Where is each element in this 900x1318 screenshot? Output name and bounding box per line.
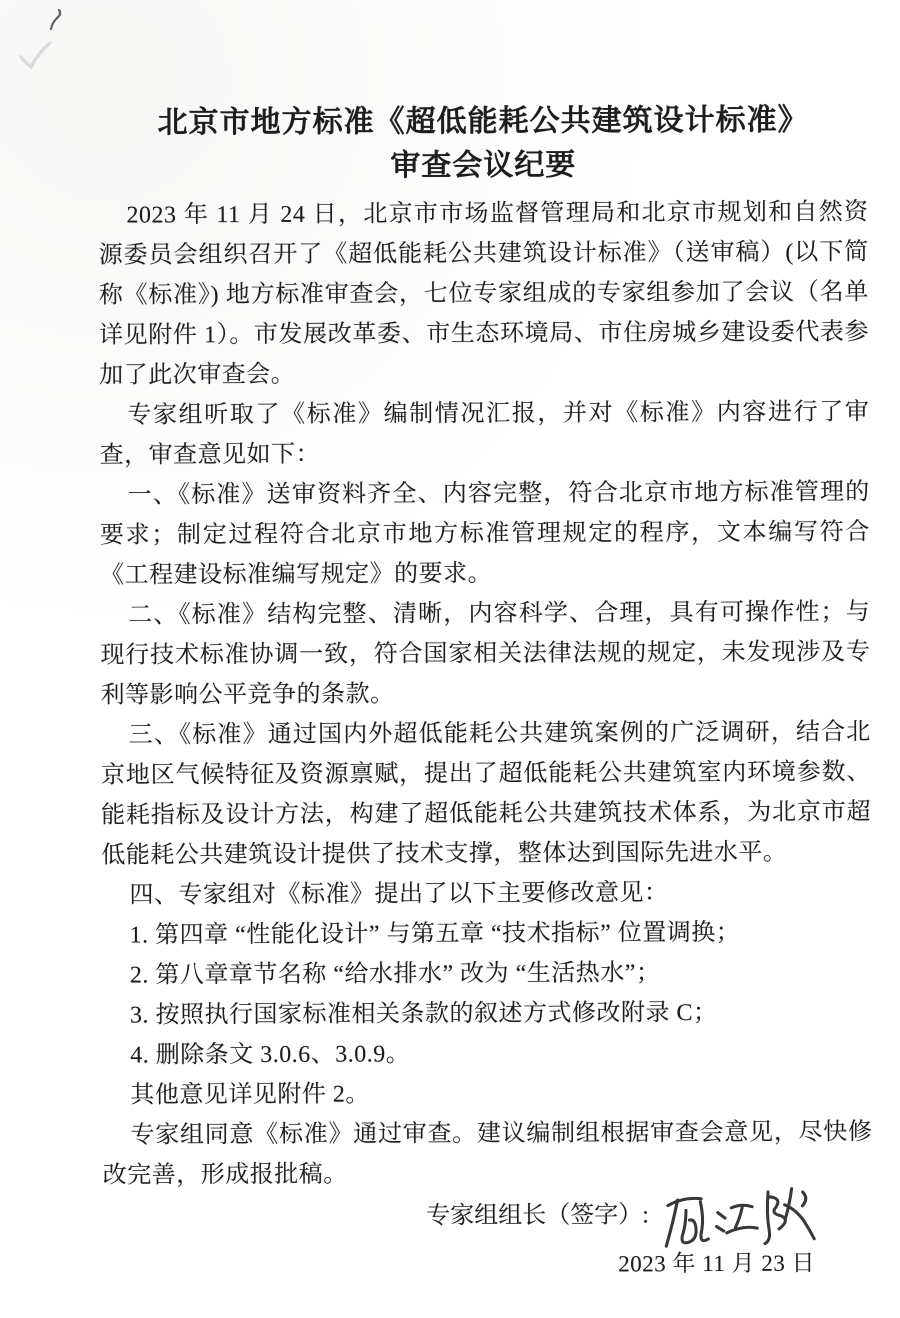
paragraph-opinion-4: 四、专家组对《标准》提出了以下主要修改意见：: [101, 872, 871, 915]
paragraph-opinion-3: 三、《标准》通过国内外超低能耗公共建筑案例的广泛调研，结合北京地区气候特征及资源…: [101, 712, 872, 875]
signature-date: 2023 年 11 月 23 日: [103, 1248, 873, 1281]
signature-label: 专家组组长（签字）:: [426, 1195, 649, 1236]
list-item-4: 4. 删除条文 3.0.6、3.0.9。: [102, 1032, 872, 1075]
scan-smudge-curl: [48, 8, 64, 32]
signature-handwriting: [659, 1179, 817, 1258]
document-title-line1: 北京市地方标准《超低能耗公共建筑设计标准》: [98, 98, 868, 145]
paragraph-intro: 2023 年 11 月 24 日，北京市市场监督管理局和北京市规划和自然资源委员…: [98, 192, 869, 395]
paragraph-review-lead: 专家组听取了《标准》编制情况汇报，并对《标准》内容进行了审查，审查意见如下：: [99, 392, 869, 475]
scanned-document-page: 北京市地方标准《超低能耗公共建筑设计标准》 审查会议纪要 2023 年 11 月…: [0, 0, 900, 1318]
scan-smudge-check: [18, 40, 54, 72]
document-title-line2: 审查会议纪要: [98, 142, 868, 189]
list-item-2: 2. 第八章章节名称 “给水排水” 改为 “生活热水”；: [102, 952, 872, 995]
list-item-3: 3. 按照执行国家标准相关条款的叙述方式修改附录 C；: [102, 992, 872, 1035]
paragraph-opinion-2: 二、《标准》结构完整、清晰，内容科学、合理，具有可操作性；与现行技术标准协调一致…: [100, 592, 871, 715]
document-paragraphs: 2023 年 11 月 24 日，北京市市场监督管理局和北京市规划和自然资源委员…: [98, 192, 872, 1195]
document-body: 北京市地方标准《超低能耗公共建筑设计标准》 审查会议纪要 2023 年 11 月…: [98, 98, 873, 1281]
list-item-1: 1. 第四章 “性能化设计” 与第五章 “技术指标” 位置调换；: [102, 912, 872, 955]
paragraph-opinion-1: 一、《标准》送审资料齐全、内容完整，符合北京市地方标准管理的要求；制定过程符合北…: [100, 472, 871, 595]
paragraph-other-opinions: 其他意见详见附件 2。: [102, 1072, 872, 1115]
